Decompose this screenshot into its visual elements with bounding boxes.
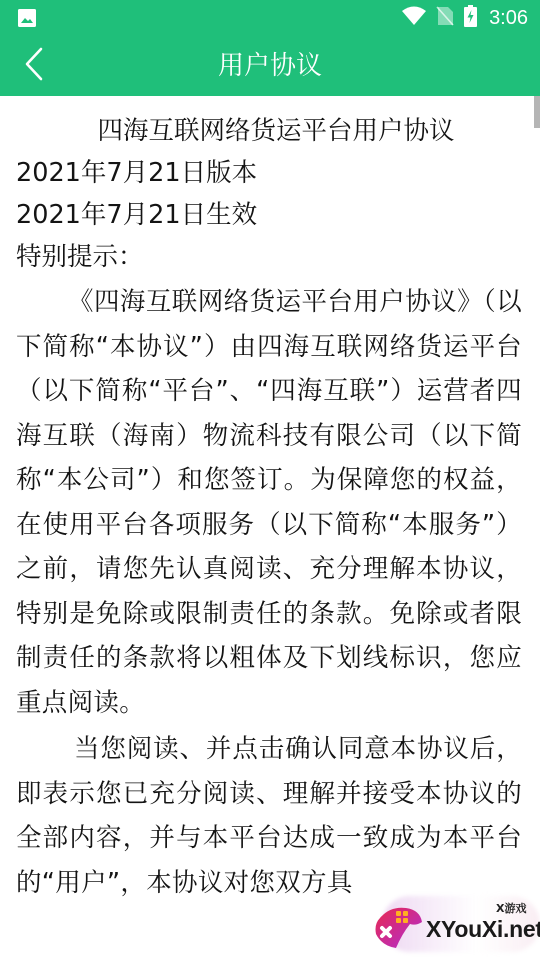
status-icons: 3:06	[402, 0, 528, 36]
app-bar: 用户协议	[0, 36, 540, 96]
notice-label: 特别提示：	[16, 236, 522, 278]
status-time: 3:06	[489, 7, 528, 30]
agreement-content[interactable]: 四海互联网络货运平台用户协议 2021年7月21日版本 2021年7月21日生效…	[0, 96, 540, 960]
scrollbar[interactable]	[534, 96, 540, 128]
version-text: 2021年7月21日版本	[16, 152, 522, 194]
agreement-title: 四海互联网络货运平台用户协议	[16, 110, 522, 152]
effective-date-text: 2021年7月21日生效	[16, 194, 522, 236]
wifi-icon	[402, 6, 426, 30]
paragraph-1: 《四海互联网络货运平台用户协议》（以下简称“本协议”）由四海互联网络货运平台（以…	[16, 280, 522, 725]
agreement-document: 四海互联网络货运平台用户协议 2021年7月21日版本 2021年7月21日生效…	[0, 96, 540, 905]
status-bar: 3:06	[0, 0, 540, 36]
page-title: 用户协议	[0, 36, 540, 96]
chevron-left-icon	[24, 47, 44, 85]
paragraph-2: 当您阅读、并点击确认同意本协议后，即表示您已充分阅读、理解并接受本协议的全部内容…	[16, 727, 522, 905]
no-sim-icon	[436, 6, 454, 30]
image-icon	[17, 8, 37, 28]
battery-charging-icon	[464, 5, 477, 31]
back-button[interactable]	[12, 44, 56, 88]
